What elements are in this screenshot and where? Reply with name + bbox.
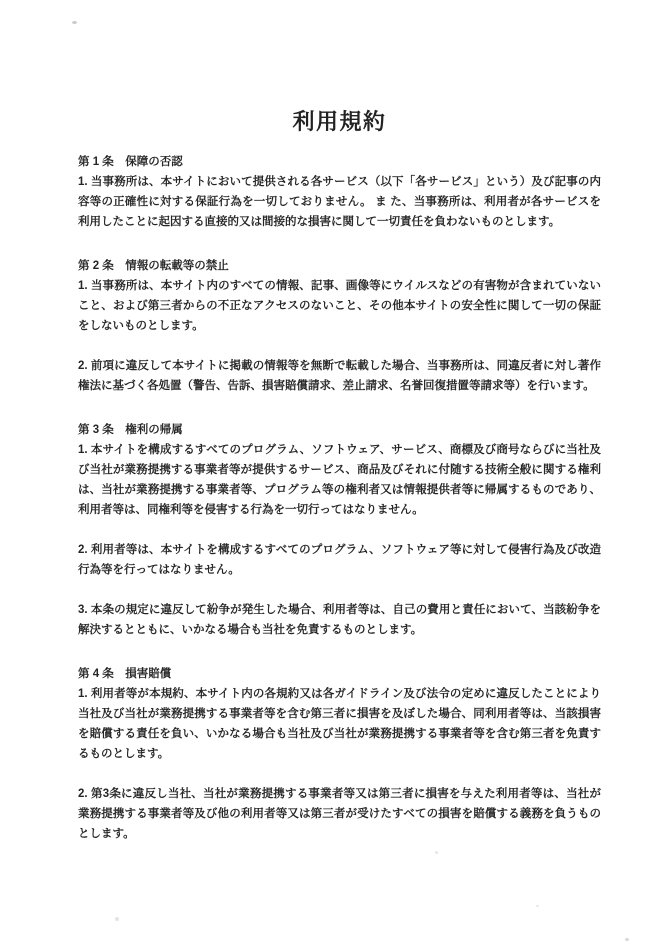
article-2-paragraph-2: 2. 前項に違反して本サイトに掲載の情報等を無断で転載した場合、当事務所は、同違… xyxy=(78,356,601,396)
document-title: 利用規約 xyxy=(78,107,601,137)
section-article-2: 第 2 条 情報の転載等の禁止 1. 当事務所は、本サイト内のすべての情報、記事… xyxy=(78,256,601,396)
scan-speckle xyxy=(625,938,629,941)
article-3-heading: 第 3 条 権利の帰属 xyxy=(78,420,601,440)
article-4-paragraph-1: 1. 利用者等が本規約、本サイト内の各規約又は各ガイドライン及び法令の定めに違反… xyxy=(78,684,601,764)
section-article-3: 第 3 条 権利の帰属 1. 本サイトを構成するすべてのプログラム、ソフトウェア… xyxy=(78,420,601,640)
article-4-heading: 第 4 条 損害賠償 xyxy=(78,664,601,684)
article-2-heading: 第 2 条 情報の転載等の禁止 xyxy=(78,256,601,276)
article-1-paragraph-1: 1. 当事務所は、本サイトにおいて提供される各サービス（以下「各サービス」という… xyxy=(78,172,601,232)
article-4-paragraph-2: 2. 第3条に違反し当社、当社が業務提携する事業者等又は第三者に損害を与えた利用… xyxy=(78,784,601,844)
scan-speckle xyxy=(115,917,119,921)
article-1-heading: 第 1 条 保障の否認 xyxy=(78,152,601,172)
article-3-paragraph-1: 1. 本サイトを構成するすべてのプログラム、ソフトウェア、サービス、商標及び商号… xyxy=(78,440,601,520)
article-3-paragraph-3: 3. 本条の規定に違反して紛争が発生した場合、利用者等は、自己の費用と責任におい… xyxy=(78,600,601,640)
terms-document: 利用規約 第 1 条 保障の否認 1. 当事務所は、本サイトにおいて提供される各… xyxy=(78,0,601,844)
article-3-paragraph-2: 2. 利用者等は、本サイトを構成するすべてのプログラム、ソフトウェア等に対して侵… xyxy=(78,540,601,580)
scan-speckle xyxy=(72,21,77,24)
scan-speckle xyxy=(435,851,438,854)
article-2-paragraph-1: 1. 当事務所は、本サイト内のすべての情報、記事、画像等にウイルスなどの有害物が… xyxy=(78,276,601,336)
scan-speckle xyxy=(536,905,539,907)
section-article-4: 第 4 条 損害賠償 1. 利用者等が本規約、本サイト内の各規約又は各ガイドライ… xyxy=(78,664,601,844)
scanned-terms-page: 利用規約 第 1 条 保障の否認 1. 当事務所は、本サイトにおいて提供される各… xyxy=(0,0,666,944)
section-article-1: 第 1 条 保障の否認 1. 当事務所は、本サイトにおいて提供される各サービス（… xyxy=(78,152,601,232)
